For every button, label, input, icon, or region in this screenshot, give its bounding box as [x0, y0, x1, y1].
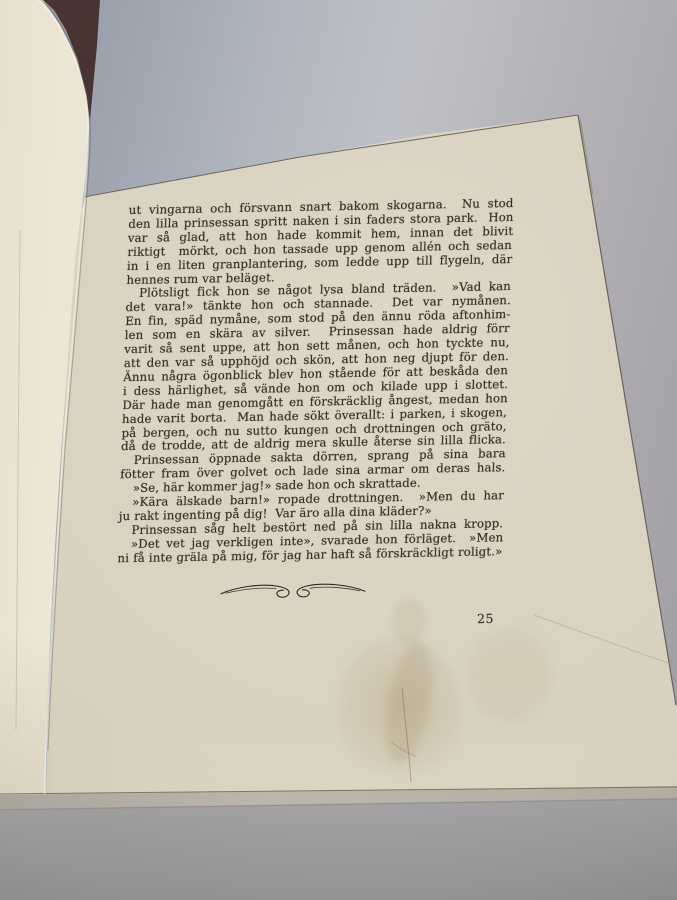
photo-of-open-book: ut vingarna och försvann snart bakom sko… — [0, 0, 677, 900]
page-number: 25 — [477, 611, 494, 626]
double-swash-icon — [219, 579, 367, 602]
page-text: ut vingarna och försvann snart bakom sko… — [117, 197, 514, 566]
flourish-ornament — [219, 579, 367, 602]
